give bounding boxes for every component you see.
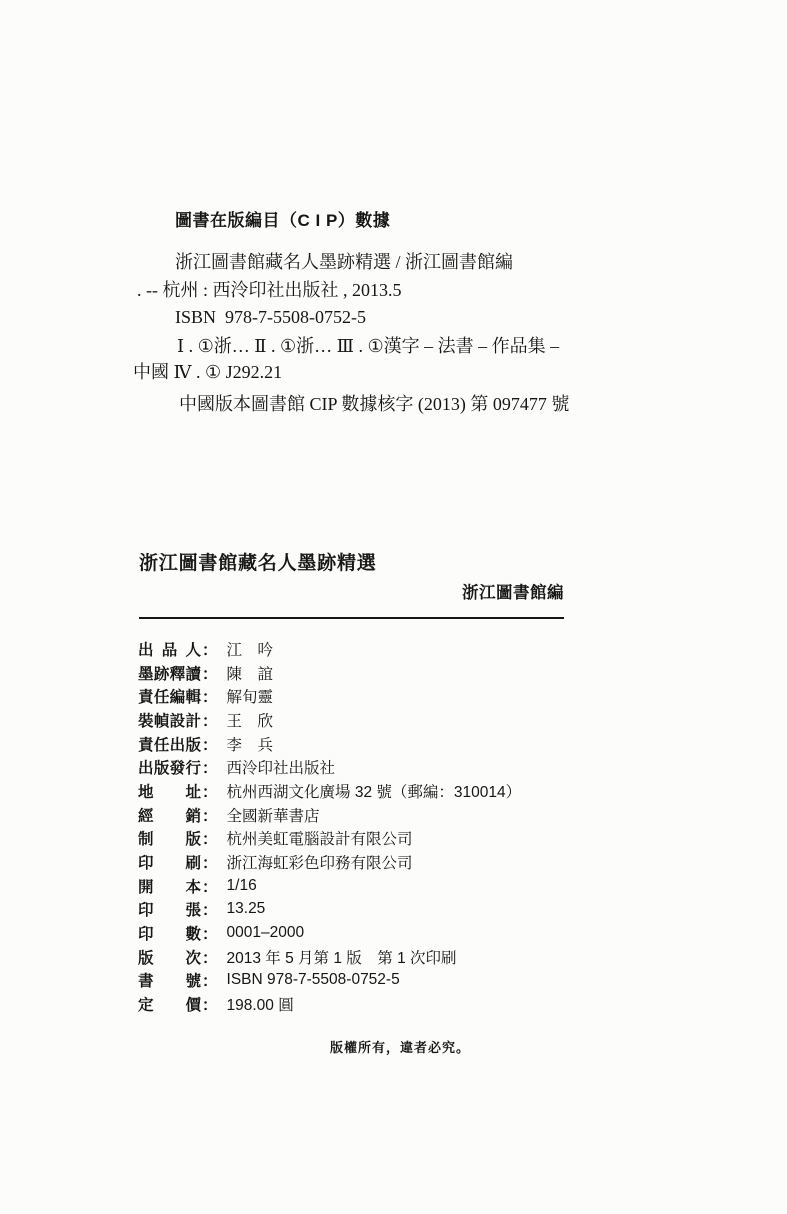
cip-classification-line: Ⅰ . ①浙… Ⅱ . ①浙… Ⅲ . ①漢字 – 法書 – 作品集 – bbox=[133, 333, 559, 359]
colophon-colon: ： bbox=[202, 875, 218, 897]
colophon-row-sheets: 印張：13.25 bbox=[138, 898, 638, 922]
colophon-value: 西泠印社出版社 bbox=[227, 756, 336, 778]
colophon-colon: ： bbox=[202, 662, 218, 684]
colophon-colon: ： bbox=[202, 993, 218, 1015]
colophon-colon: ： bbox=[202, 898, 218, 920]
colophon-label: 開本 bbox=[138, 875, 201, 897]
colophon-row-platemaking: 制版：杭州美虹電腦設計有限公司 bbox=[138, 827, 638, 851]
colophon-colon: ： bbox=[202, 946, 218, 968]
cip-classification-block: Ⅰ . ①浙… Ⅱ . ①浙… Ⅲ . ①漢字 – 法書 – 作品集 – 中國 … bbox=[133, 333, 559, 385]
colophon-value: 杭州西湖文化廣場 32 號（郵編：310014） bbox=[227, 780, 522, 802]
colophon-value: 解旬靈 bbox=[227, 685, 274, 707]
colophon-row-print-run: 印數：0001–2000 bbox=[138, 921, 638, 945]
cip-registration-line: 中國版本圖書館 CIP 數據核字 (2013) 第 097477 號 bbox=[179, 390, 569, 416]
cip-record-line: 浙江圖書館藏名人墨跡精選 / 浙江圖書館編 bbox=[137, 249, 513, 277]
colophon-value: 1/16 bbox=[227, 877, 257, 895]
title-divider-rule bbox=[139, 617, 564, 619]
colophon-row-edition: 版次：2013 年 5 月第 1 版 第 1 次印刷 bbox=[138, 945, 638, 969]
colophon-row-producer: 出品人：江 吟 bbox=[138, 637, 638, 661]
colophon-colon: ： bbox=[202, 851, 218, 873]
book-editor: 浙江圖書館編 bbox=[139, 579, 564, 603]
colophon-label: 責任編輯 bbox=[138, 685, 201, 707]
colophon-row-format: 開本：1/16 bbox=[138, 874, 638, 898]
colophon-label: 印張 bbox=[138, 898, 201, 920]
colophon-label: 責任出版 bbox=[138, 733, 201, 755]
colophon-label: 定價 bbox=[138, 993, 201, 1015]
colophon-value: 王 欣 bbox=[227, 709, 274, 731]
colophon-label: 版次 bbox=[138, 946, 201, 968]
colophon-colon: ： bbox=[202, 709, 218, 731]
colophon-value: ISBN 978-7-5508-0752-5 bbox=[227, 971, 400, 989]
colophon-label: 裝幀設計 bbox=[138, 709, 201, 731]
copyright-page: 圖書在版編目（C I P）數據 浙江圖書館藏名人墨跡精選 / 浙江圖書館編 . … bbox=[0, 0, 787, 1214]
colophon-label: 印刷 bbox=[138, 851, 201, 873]
colophon-label: 印數 bbox=[138, 922, 201, 944]
colophon-label: 書號 bbox=[138, 969, 201, 991]
colophon-label: 制版 bbox=[138, 827, 201, 849]
colophon-colon: ： bbox=[202, 922, 218, 944]
colophon-row-publisher: 出版發行：西泠印社出版社 bbox=[138, 755, 638, 779]
colophon-label: 經銷 bbox=[138, 804, 201, 826]
colophon-row-printing: 印刷：浙江海虹彩色印務有限公司 bbox=[138, 850, 638, 874]
cip-heading: 圖書在版編目（C I P）數據 bbox=[175, 206, 390, 231]
colophon-colon: ： bbox=[202, 733, 218, 755]
colophon-colon: ： bbox=[202, 804, 218, 826]
colophon-colon: ： bbox=[202, 780, 218, 802]
colophon-label: 出品人 bbox=[138, 638, 201, 660]
colophon-row-address: 地址：杭州西湖文化廣場 32 號（郵編：310014） bbox=[138, 779, 638, 803]
colophon-value: 浙江海虹彩色印務有限公司 bbox=[227, 851, 413, 873]
cip-record-line-isbn: ISBN 978-7-5508-0752-5 bbox=[137, 304, 513, 332]
colophon-label: 墨跡釋讀 bbox=[138, 662, 201, 684]
colophon-colon: ： bbox=[202, 969, 218, 991]
colophon-value: 13.25 bbox=[227, 900, 266, 918]
colophon-row-price: 定價：198.00 圓 bbox=[138, 992, 638, 1016]
book-title: 浙江圖書館藏名人墨跡精選 bbox=[139, 548, 377, 575]
colophon-list: 出品人：江 吟 墨跡釋讀：陳 誼 責任編輯：解旬靈 裝幀設計：王 欣 責任出版：… bbox=[138, 637, 638, 1016]
colophon-row-publishing-charge: 責任出版：李 兵 bbox=[138, 732, 638, 756]
cip-classification-line: 中國 Ⅳ . ① J292.21 bbox=[133, 359, 559, 385]
colophon-value: 江 吟 bbox=[227, 638, 274, 660]
cip-record-line: . -- 杭州 : 西泠印社出版社 , 2013.5 bbox=[137, 277, 513, 305]
colophon-value: 李 兵 bbox=[227, 733, 274, 755]
colophon-value: 198.00 圓 bbox=[227, 993, 294, 1015]
colophon-row-distribution: 經銷：全國新華書店 bbox=[138, 803, 638, 827]
colophon-colon: ： bbox=[202, 756, 218, 778]
colophon-label: 地址 bbox=[138, 780, 201, 802]
colophon-colon: ： bbox=[202, 638, 218, 660]
colophon-value: 0001–2000 bbox=[227, 924, 305, 942]
colophon-row-editor-in-charge: 責任編輯：解旬靈 bbox=[138, 684, 638, 708]
copyright-notice: 版權所有，違者必究。 bbox=[330, 1037, 470, 1056]
colophon-colon: ： bbox=[202, 685, 218, 707]
colophon-value: 2013 年 5 月第 1 版 第 1 次印刷 bbox=[227, 946, 457, 968]
colophon-label: 出版發行 bbox=[138, 756, 201, 778]
colophon-colon: ： bbox=[202, 827, 218, 849]
colophon-row-transcription: 墨跡釋讀：陳 誼 bbox=[138, 661, 638, 685]
colophon-row-design: 裝幀設計：王 欣 bbox=[138, 708, 638, 732]
colophon-value: 陳 誼 bbox=[227, 662, 274, 684]
cip-record-block: 浙江圖書館藏名人墨跡精選 / 浙江圖書館編 . -- 杭州 : 西泠印社出版社 … bbox=[137, 249, 513, 332]
colophon-value: 杭州美虹電腦設計有限公司 bbox=[227, 827, 413, 849]
colophon-value: 全國新華書店 bbox=[227, 804, 320, 826]
colophon-row-isbn: 書號：ISBN 978-7-5508-0752-5 bbox=[138, 969, 638, 993]
